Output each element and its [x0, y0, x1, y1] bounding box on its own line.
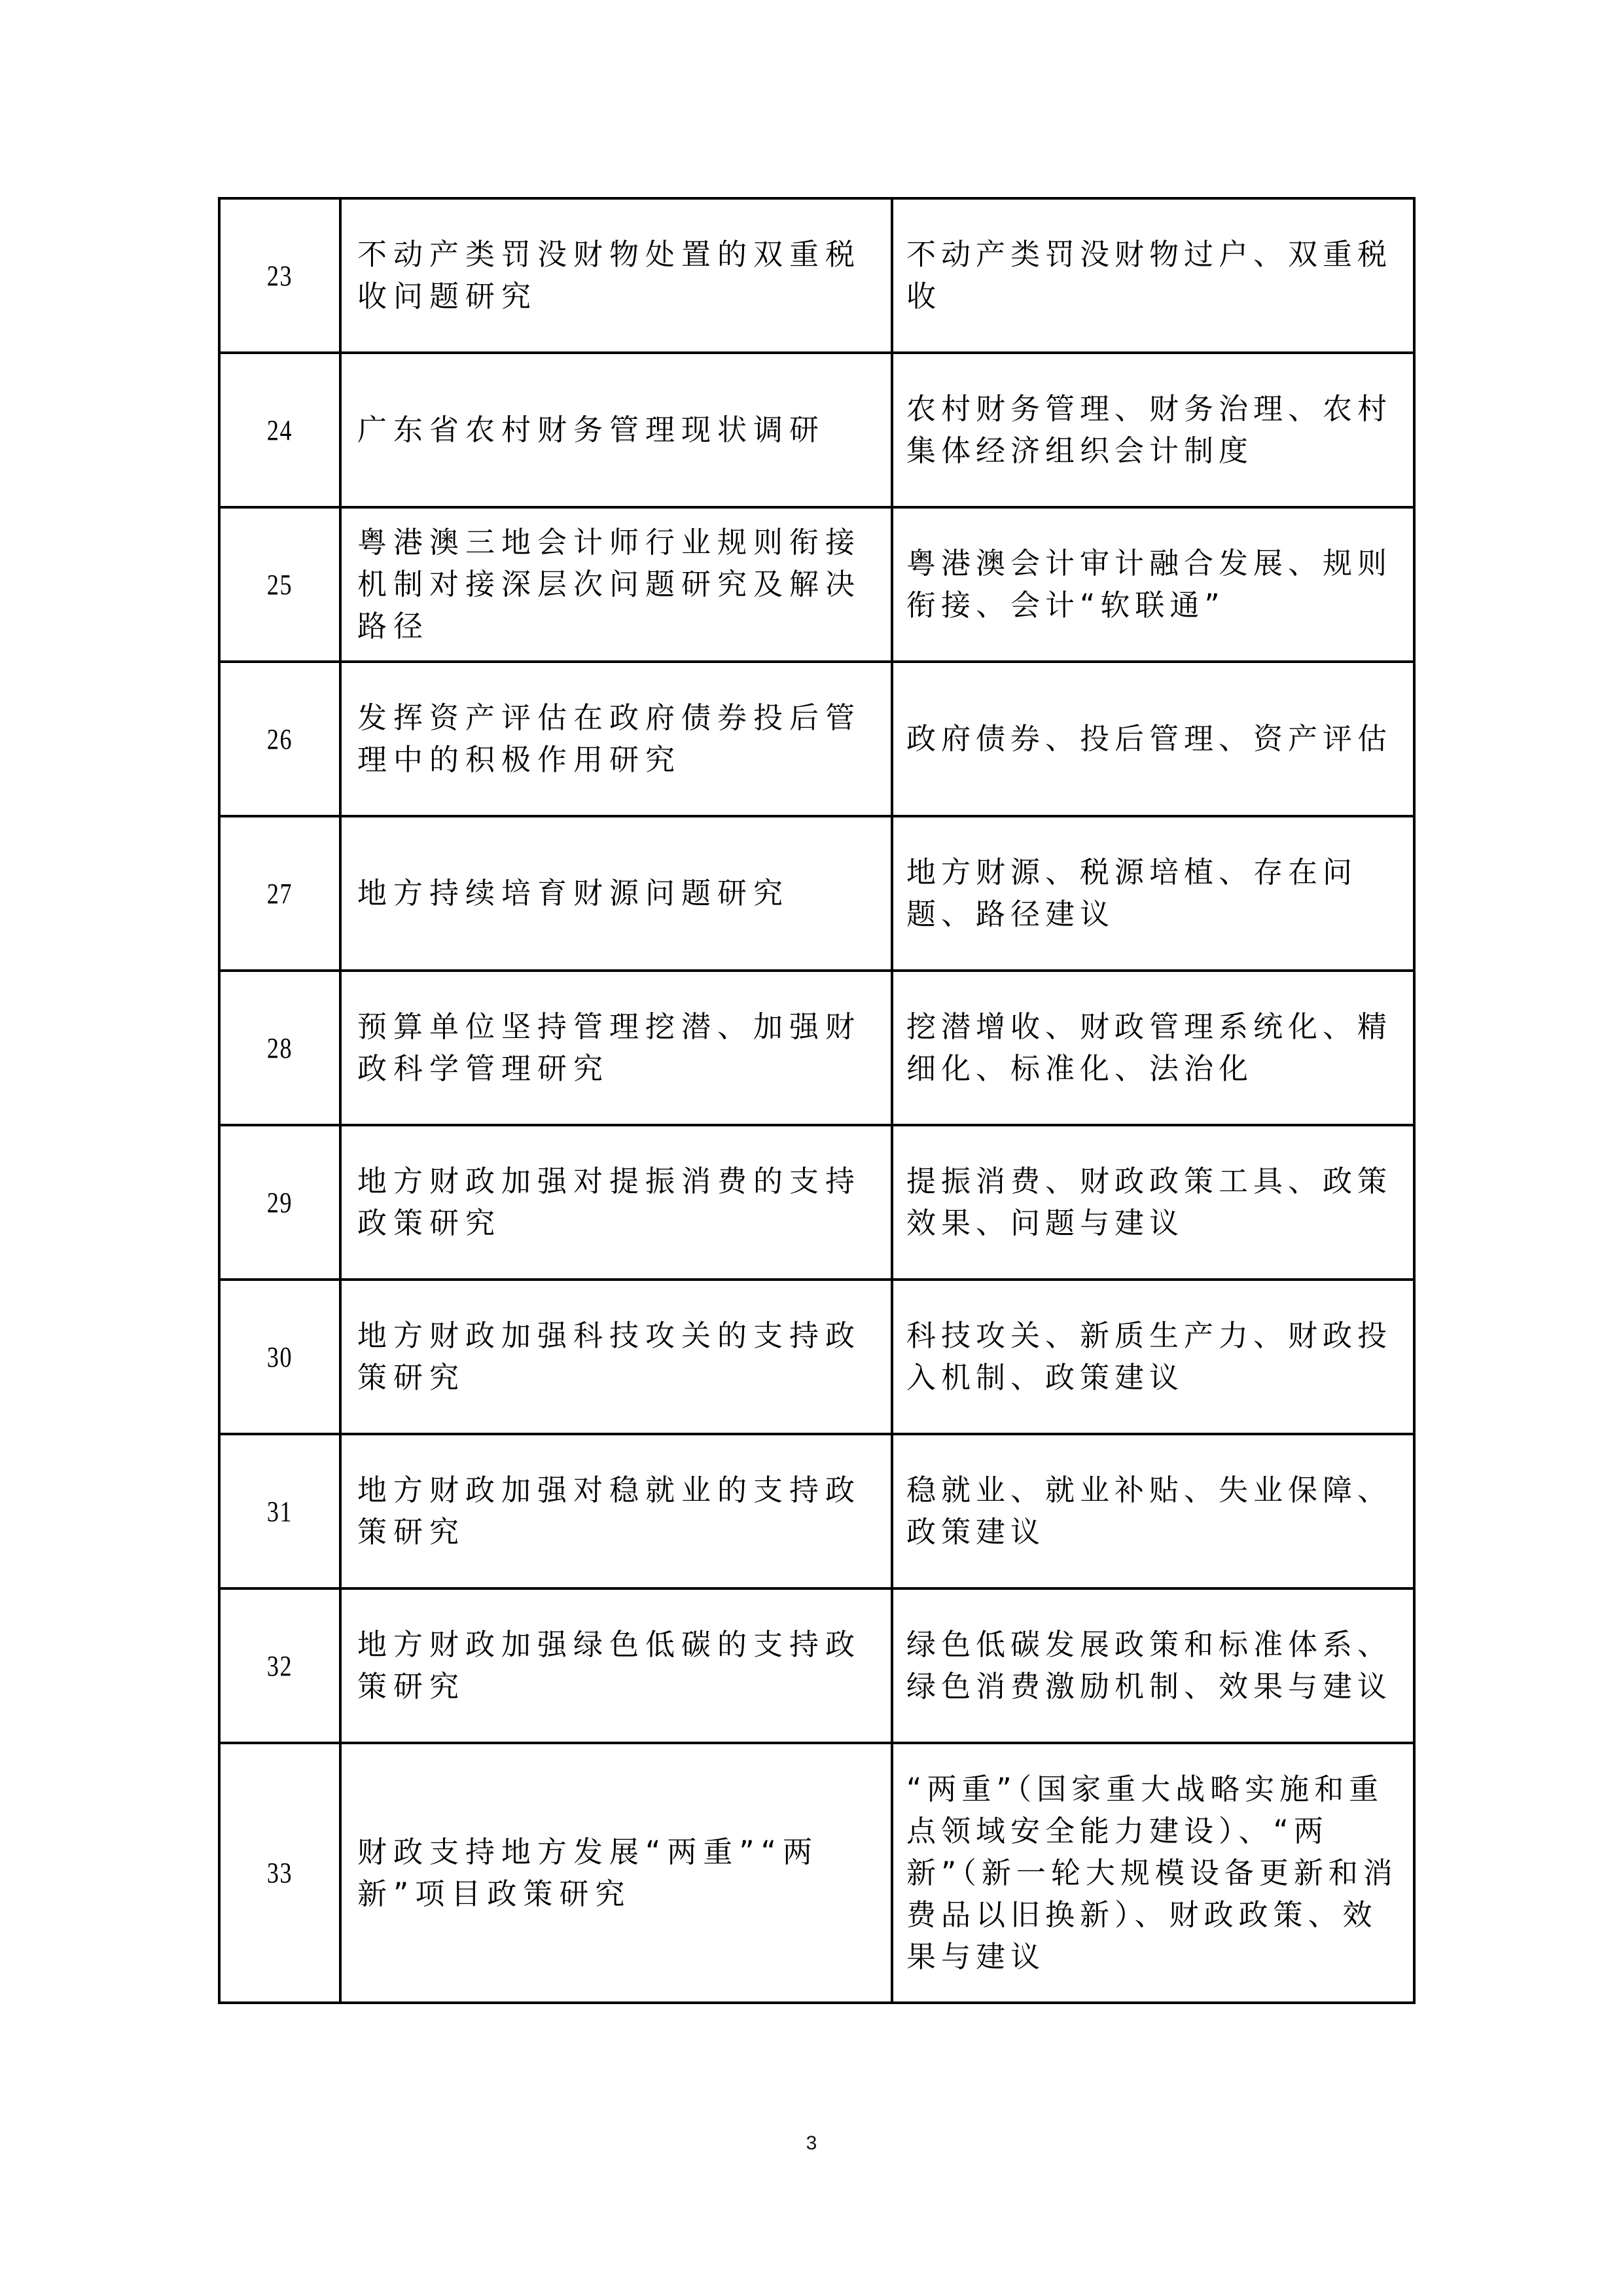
row-number-cell: 27: [219, 816, 340, 971]
topic-title: 预算单位坚持管理挖潜、加强财政科学管理研究: [342, 1006, 891, 1090]
row-number-cell: 30: [219, 1280, 340, 1434]
row-number-cell: 23: [219, 198, 340, 353]
research-topics-table: 23 不动产类罚没财物处置的双重税收问题研究 不动产类罚没财物过户、双重税收 2…: [218, 197, 1416, 2004]
topic-title-cell: 粤港澳三地会计师行业规则衔接机制对接深层次问题研究及解决路径: [340, 507, 892, 662]
table-row: 26 发挥资产评估在政府债券投后管理中的积极作用研究 政府债券、投后管理、资产评…: [219, 662, 1414, 816]
topic-title: 财政支持地方发展“两重”“两新”项目政策研究: [342, 1831, 891, 1915]
row-number: 28: [231, 1031, 328, 1065]
topic-keywords: 地方财源、税源培植、存在问题、路径建议: [893, 852, 1413, 935]
table-row: 29 地方财政加强对提振消费的支持政策研究 提振消费、财政政策工具、政策效果、问…: [219, 1125, 1414, 1280]
topic-title-cell: 地方财政加强对稳就业的支持政策研究: [340, 1434, 892, 1588]
topic-title: 不动产类罚没财物处置的双重税收问题研究: [342, 234, 891, 317]
row-number: 33: [231, 1856, 328, 1890]
row-number: 29: [231, 1186, 328, 1219]
row-number: 27: [231, 877, 328, 910]
table-row: 32 地方财政加强绿色低碳的支持政策研究 绿色低碳发展政策和标准体系、绿色消费激…: [219, 1588, 1414, 1743]
topic-keywords: 稳就业、就业补贴、失业保障、政策建议: [893, 1469, 1413, 1553]
table-row: 33 财政支持地方发展“两重”“两新”项目政策研究 “两重”（国家重大战略实施和…: [219, 1743, 1414, 2003]
page-number: 3: [0, 2132, 1623, 2155]
table-row: 23 不动产类罚没财物处置的双重税收问题研究 不动产类罚没财物过户、双重税收: [219, 198, 1414, 353]
table-row: 31 地方财政加强对稳就业的支持政策研究 稳就业、就业补贴、失业保障、政策建议: [219, 1434, 1414, 1588]
keywords-cell: 提振消费、财政政策工具、政策效果、问题与建议: [892, 1125, 1414, 1280]
row-number-cell: 33: [219, 1743, 340, 2003]
topic-title: 地方财政加强对稳就业的支持政策研究: [342, 1469, 891, 1553]
topic-title-cell: 预算单位坚持管理挖潜、加强财政科学管理研究: [340, 971, 892, 1125]
table-row: 25 粤港澳三地会计师行业规则衔接机制对接深层次问题研究及解决路径 粤港澳会计审…: [219, 507, 1414, 662]
topic-keywords: 绿色低碳发展政策和标准体系、绿色消费激励机制、效果与建议: [893, 1624, 1413, 1708]
topic-title: 发挥资产评估在政府债券投后管理中的积极作用研究: [342, 697, 891, 781]
topic-title: 地方持续培育财源问题研究: [342, 872, 891, 914]
topic-title-cell: 地方财政加强绿色低碳的支持政策研究: [340, 1588, 892, 1743]
row-number-cell: 31: [219, 1434, 340, 1588]
topic-keywords: 提振消费、财政政策工具、政策效果、问题与建议: [893, 1160, 1413, 1244]
keywords-cell: 农村财务管理、财务治理、农村集体经济组织会计制度: [892, 353, 1414, 507]
row-number: 24: [231, 414, 328, 447]
row-number-cell: 24: [219, 353, 340, 507]
topic-title: 地方财政加强科技攻关的支持政策研究: [342, 1315, 891, 1399]
topic-title-cell: 地方财政加强对提振消费的支持政策研究: [340, 1125, 892, 1280]
topic-title: 广东省农村财务管理现状调研: [342, 409, 891, 451]
row-number: 30: [231, 1340, 328, 1374]
keywords-cell: 科技攻关、新质生产力、财政投入机制、政策建议: [892, 1280, 1414, 1434]
topic-title-cell: 财政支持地方发展“两重”“两新”项目政策研究: [340, 1743, 892, 2003]
row-number: 23: [231, 259, 328, 293]
topic-keywords: 农村财务管理、财务治理、农村集体经济组织会计制度: [893, 388, 1413, 472]
topic-keywords: 政府债券、投后管理、资产评估: [893, 718, 1413, 760]
keywords-cell: 地方财源、税源培植、存在问题、路径建议: [892, 816, 1414, 971]
table-row: 28 预算单位坚持管理挖潜、加强财政科学管理研究 挖潜增收、财政管理系统化、精细…: [219, 971, 1414, 1125]
row-number-cell: 28: [219, 971, 340, 1125]
row-number-cell: 29: [219, 1125, 340, 1280]
topic-title-cell: 不动产类罚没财物处置的双重税收问题研究: [340, 198, 892, 353]
keywords-cell: 挖潜增收、财政管理系统化、精细化、标准化、法治化: [892, 971, 1414, 1125]
topic-keywords: 科技攻关、新质生产力、财政投入机制、政策建议: [893, 1315, 1413, 1399]
topic-keywords: 挖潜增收、财政管理系统化、精细化、标准化、法治化: [893, 1006, 1413, 1090]
row-number: 31: [231, 1495, 328, 1528]
keywords-cell: 稳就业、就业补贴、失业保障、政策建议: [892, 1434, 1414, 1588]
topic-title-cell: 地方财政加强科技攻关的支持政策研究: [340, 1280, 892, 1434]
keywords-cell: 绿色低碳发展政策和标准体系、绿色消费激励机制、效果与建议: [892, 1588, 1414, 1743]
row-number: 25: [231, 568, 328, 601]
keywords-cell: 政府债券、投后管理、资产评估: [892, 662, 1414, 816]
topic-keywords: 粤港澳会计审计融合发展、规则衔接、会计“软联通”: [893, 543, 1413, 626]
topic-title-cell: 广东省农村财务管理现状调研: [340, 353, 892, 507]
topic-title: 地方财政加强对提振消费的支持政策研究: [342, 1160, 891, 1244]
keywords-cell: 粤港澳会计审计融合发展、规则衔接、会计“软联通”: [892, 507, 1414, 662]
table-row: 24 广东省农村财务管理现状调研 农村财务管理、财务治理、农村集体经济组织会计制…: [219, 353, 1414, 507]
topic-title-cell: 地方持续培育财源问题研究: [340, 816, 892, 971]
topic-keywords: “两重”（国家重大战略实施和重点领域安全能力建设）、“两新”（新一轮大规模设备更…: [893, 1768, 1413, 1978]
document-page: 23 不动产类罚没财物处置的双重税收问题研究 不动产类罚没财物过户、双重税收 2…: [0, 0, 1623, 2296]
keywords-cell: 不动产类罚没财物过户、双重税收: [892, 198, 1414, 353]
row-number-cell: 26: [219, 662, 340, 816]
row-number: 32: [231, 1649, 328, 1683]
keywords-cell: “两重”（国家重大战略实施和重点领域安全能力建设）、“两新”（新一轮大规模设备更…: [892, 1743, 1414, 2003]
topic-title-cell: 发挥资产评估在政府债券投后管理中的积极作用研究: [340, 662, 892, 816]
row-number: 26: [231, 723, 328, 756]
table-row: 27 地方持续培育财源问题研究 地方财源、税源培植、存在问题、路径建议: [219, 816, 1414, 971]
topic-title: 粤港澳三地会计师行业规则衔接机制对接深层次问题研究及解决路径: [342, 522, 891, 647]
table-row: 30 地方财政加强科技攻关的支持政策研究 科技攻关、新质生产力、财政投入机制、政…: [219, 1280, 1414, 1434]
topic-keywords: 不动产类罚没财物过户、双重税收: [893, 234, 1413, 317]
row-number-cell: 32: [219, 1588, 340, 1743]
row-number-cell: 25: [219, 507, 340, 662]
topic-title: 地方财政加强绿色低碳的支持政策研究: [342, 1624, 891, 1708]
